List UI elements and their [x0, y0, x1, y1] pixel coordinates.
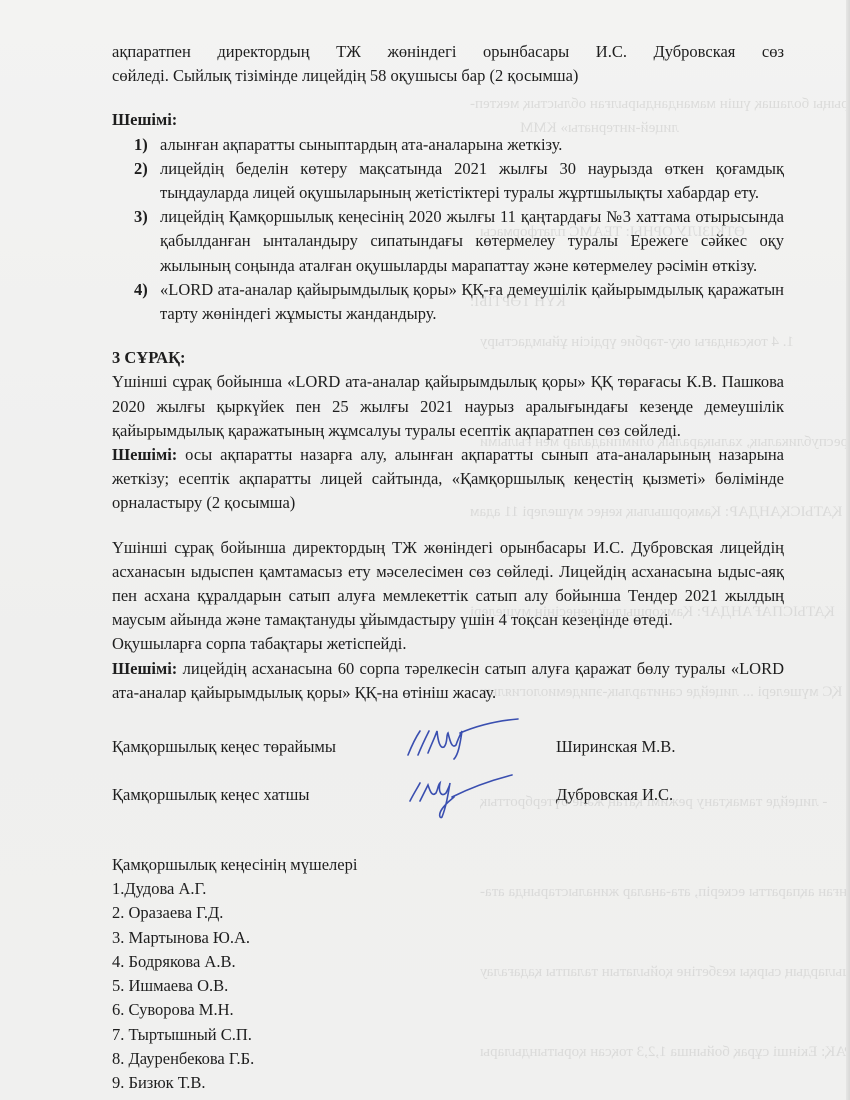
member-item: 5. Ишмаева О.В.: [112, 974, 784, 998]
member-item: 7. Тыртышный С.П.: [112, 1023, 784, 1047]
member-item: 9. Бизюк Т.В.: [112, 1071, 784, 1095]
intro-line-1: ақпаратпен директордың ТЖ жөніндегі орын…: [112, 40, 784, 64]
signatory-name: Дубровская И.С.: [556, 783, 673, 807]
signatory-role: Қамқоршылық кеңес хатшы: [112, 783, 309, 807]
member-item: 1.Дудова А.Г.: [112, 877, 784, 901]
member-item: 2. Оразаева Г.Д.: [112, 901, 784, 925]
members-heading: Қамқоршылық кеңесінің мүшелері: [112, 853, 784, 877]
member-item: 8. Дауренбекова Г.Б.: [112, 1047, 784, 1071]
document-body: ақпаратпен директордың ТЖ жөніндегі орын…: [112, 40, 784, 1095]
member-item: 3. Мартынова Ю.А.: [112, 926, 784, 950]
member-item: 6. Суворова М.Н.: [112, 998, 784, 1022]
handwritten-signature-icon: [402, 717, 522, 768]
intro-line-2: сөйледі. Сыйлық тізімінде лицейдің 58 оқ…: [112, 64, 784, 88]
question-3-decision: Шешімі: осы ақпаратты назарға алу, алынғ…: [112, 443, 784, 516]
scanned-page: «ӨКҰД жарыңы болашақ үшін мамандандырылғ…: [0, 0, 850, 1100]
signature-row-chair: Қамқоршылық кеңес төрайымы Ширинская М.В…: [112, 735, 784, 759]
members-list: 1.Дудова А.Г. 2. Оразаева Г.Д. 3. Мартын…: [112, 877, 784, 1095]
question-3-heading: 3 СҰРАҚ:: [112, 346, 784, 370]
question-3b-decision: Шешімі: лицейдің асханасына 60 сорпа тәр…: [112, 657, 784, 705]
question-3-paragraph: Үшінші сұрақ бойынша «LORD ата-аналар қа…: [112, 370, 784, 443]
signatory-role: Қамқоршылық кеңес төрайымы: [112, 735, 336, 759]
decision-item: 3)лицейдің Қамқоршылық кеңесінің 2020 жы…: [136, 205, 784, 278]
question-3b-paragraph: Үшінші сұрақ бойынша директордың ТЖ жөні…: [112, 536, 784, 633]
decision-heading: Шешімі:: [112, 108, 784, 132]
signature-row-secretary: Қамқоршылық кеңес хатшы Дубровская И.С.: [112, 783, 784, 807]
decision-list: 1)алынған ақпаратты сыныптардың ата-анал…: [112, 133, 784, 327]
signatory-name: Ширинская М.В.: [556, 735, 675, 759]
question-3b-note: Оқушыларға сорпа табақтары жетіспейді.: [112, 632, 784, 656]
page-edge: [846, 0, 850, 1100]
member-item: 4. Бодрякова А.В.: [112, 950, 784, 974]
decision-item: 1)алынған ақпаратты сыныптардың ата-анал…: [136, 133, 784, 157]
decision-item: 4)«LORD ата-аналар қайырымдылық қоры» ҚҚ…: [136, 278, 784, 326]
decision-item: 2)лицейдің беделін көтеру мақсатында 202…: [136, 157, 784, 205]
handwritten-signature-icon: [402, 771, 522, 828]
